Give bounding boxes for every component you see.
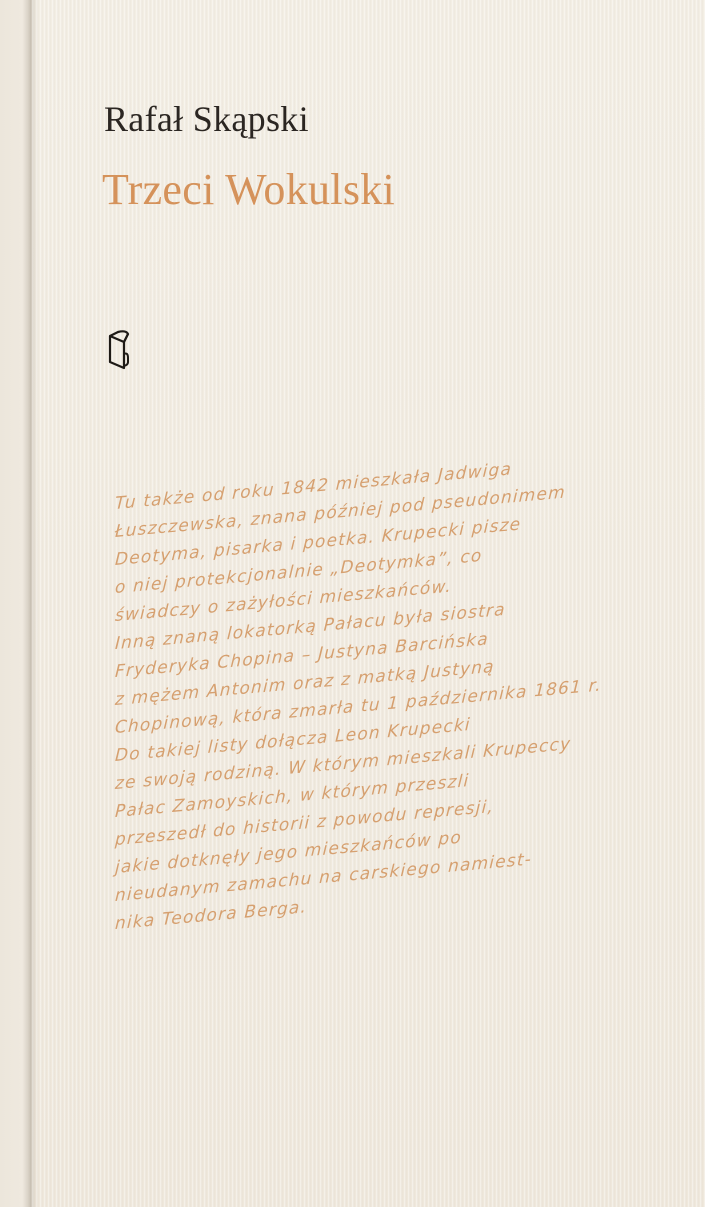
spine-crease-shadow <box>30 0 38 1207</box>
spine-fold <box>0 0 32 1207</box>
book-title: Trzeci Wokulski <box>102 164 395 215</box>
handwritten-manuscript: Tu także od roku 1842 mieszkała Jadwiga … <box>115 490 615 938</box>
book-cover: Rafał Skąpski Trzeci Wokulski Tu także o… <box>0 0 705 1207</box>
author-name: Rafał Skąpski <box>104 98 309 140</box>
book-logo-icon <box>104 328 140 372</box>
